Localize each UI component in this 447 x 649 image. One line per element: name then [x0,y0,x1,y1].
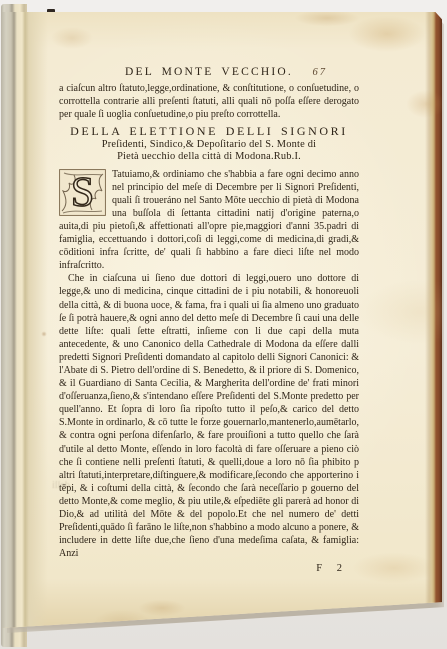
drop-cap-letter: S [71,170,94,216]
fore-edge [425,12,442,628]
statute-paragraph: Che in ciaſcuna ui ſieno due dottori di … [59,272,359,560]
page-content: DEL MONTE VECCHIO. 67 a ciaſcun altro ſt… [59,66,359,574]
book-page: DEL MONTE VECCHIO. 67 a ciaſcun altro ſt… [2,12,442,628]
running-header: DEL MONTE VECCHIO. 67 [59,66,359,78]
section-heading-sub2: Pietà uecchio della città di Modona.Rub.… [59,151,359,163]
intro-paragraph: a ciaſcun altro ſtatuto,legge,ordination… [59,83,359,121]
running-header-title: DEL MONTE VECCHIO. [125,66,293,78]
section-heading: DELLA ELETTIONE DELLI SIGNORI Preſidenti… [59,124,359,162]
page-number: 67 [313,67,328,78]
gutter-shading [2,12,48,628]
woodcut-initial-icon: S [59,169,106,216]
statute-body: S Tatuiamo,& ordiniamo che s'habbia a fa… [59,168,359,561]
show-through-text: delli [52,480,70,491]
photo-backdrop: DEL MONTE VECCHIO. 67 a ciaſcun altro ſt… [0,0,447,649]
signature-mark: F 2 [59,563,359,574]
section-heading-sub1: Preſidenti, Sindico,& Depoſitario del S.… [59,139,359,151]
section-heading-caps: DELLA ELETTIONE DELLI SIGNORI [59,124,359,139]
statute-paragraph: S Tatuiamo,& ordiniamo che s'habbia a fa… [59,168,359,273]
